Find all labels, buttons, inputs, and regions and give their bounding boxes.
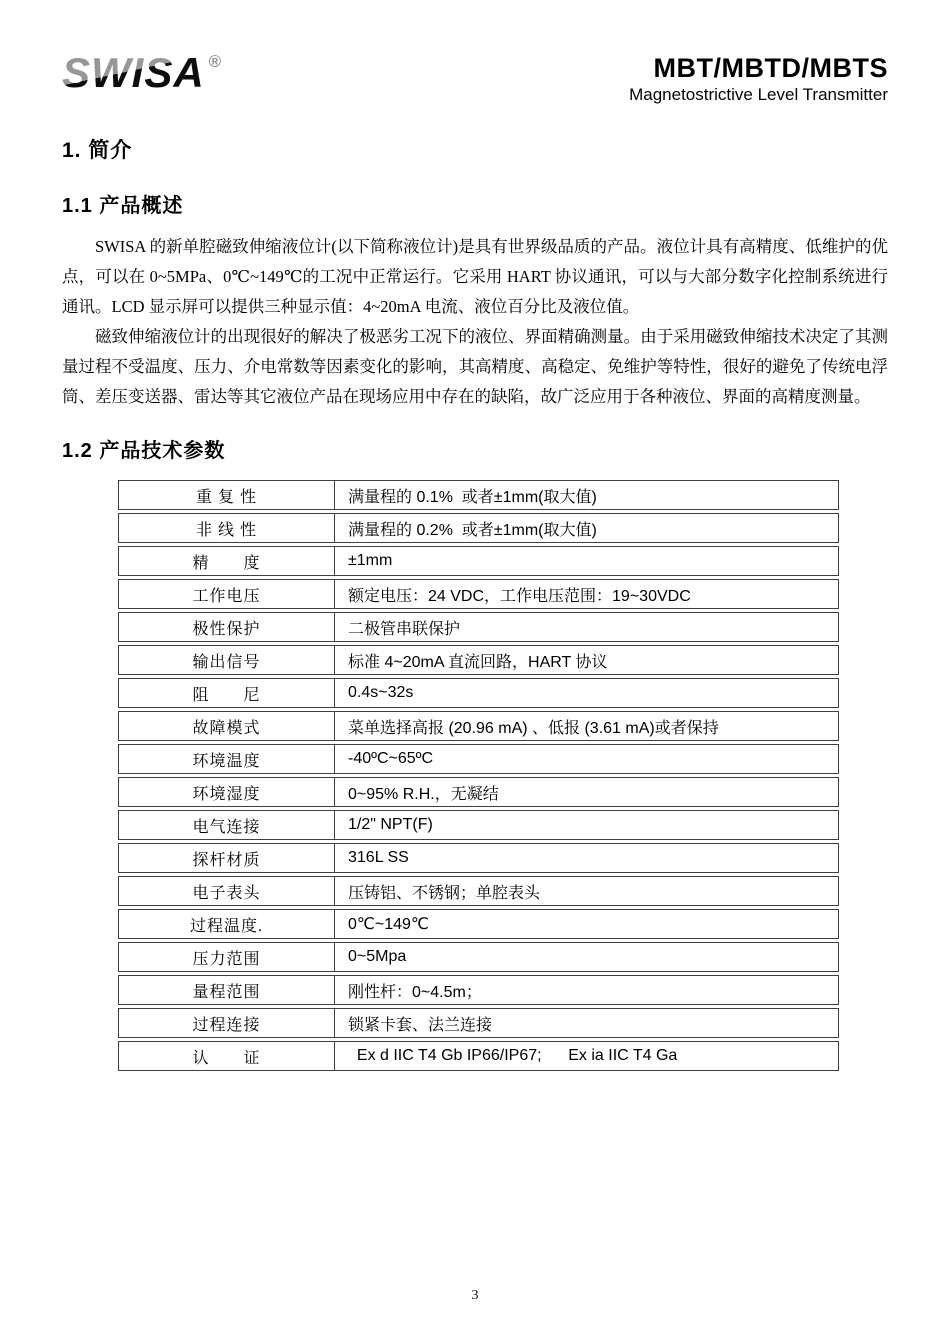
header-title-block: MBT/MBTD/MBTS Magnetostrictive Level Tra… — [629, 54, 888, 105]
table-row: 电气连接 1/2" NPT(F) — [118, 810, 839, 840]
product-models-title: MBT/MBTD/MBTS — [629, 54, 888, 84]
table-row: 阻 尼 0.4s~32s — [118, 678, 839, 708]
param-label: 工作电压 — [119, 580, 335, 608]
overview-body: SWISA 的新单腔磁致伸缩液位计(以下简称液位计)是具有世界级品质的产品。液位… — [62, 232, 888, 412]
param-label: 重 复 性 — [119, 481, 335, 509]
product-subtitle: Magnetostrictive Level Transmitter — [629, 84, 888, 105]
param-label: 阻 尼 — [119, 679, 335, 707]
param-label: 电子表头 — [119, 877, 335, 905]
table-row: 故障模式 菜单选择高报 (20.96 mA) 、低报 (3.61 mA)或者保持 — [118, 711, 839, 741]
param-value: 菜单选择高报 (20.96 mA) 、低报 (3.61 mA)或者保持 — [335, 712, 838, 740]
param-label: 认 证 — [119, 1042, 335, 1070]
param-value: 0~95% R.H.，无凝结 — [335, 778, 838, 806]
subsection-heading-parameters: 1.2 产品技术参数 — [62, 434, 888, 463]
section-heading-intro: 1. 简介 — [62, 134, 888, 164]
param-label: 环境湿度 — [119, 778, 335, 806]
parameters-table: 重 复 性 满量程的 0.1% 或者±1mm(取大值) 非 线 性 满量程的 0… — [118, 480, 839, 1071]
param-value: 1/2" NPT(F) — [335, 811, 838, 839]
swisa-logo-text: SWISA — [62, 52, 207, 94]
subsection-heading-overview: 1.1 产品概述 — [62, 189, 888, 218]
param-value: 标准 4~20mA 直流回路，HART 协议 — [335, 646, 838, 674]
param-value: 0℃~149℃ — [335, 910, 838, 938]
table-row: 重 复 性 满量程的 0.1% 或者±1mm(取大值) — [118, 480, 839, 510]
param-label: 极性保护 — [119, 613, 335, 641]
param-value: 锁紧卡套、法兰连接 — [335, 1009, 838, 1037]
param-value: 压铸铝、不锈钢；单腔表头 — [335, 877, 838, 905]
param-value: ±1mm — [335, 547, 838, 575]
param-label: 故障模式 — [119, 712, 335, 740]
table-row: 过程温度. 0℃~149℃ — [118, 909, 839, 939]
param-label: 电气连接 — [119, 811, 335, 839]
table-row: 过程连接 锁紧卡套、法兰连接 — [118, 1008, 839, 1038]
registered-trademark-icon: ® — [209, 52, 222, 72]
param-label: 精 度 — [119, 547, 335, 575]
table-row: 极性保护 二极管串联保护 — [118, 612, 839, 642]
param-value: 刚性杆：0~4.5m； — [335, 976, 838, 1004]
param-label: 输出信号 — [119, 646, 335, 674]
table-row: 探杆材质 316L SS — [118, 843, 839, 873]
table-row: 量程范围 刚性杆：0~4.5m； — [118, 975, 839, 1005]
table-row: 非 线 性 满量程的 0.2% 或者±1mm(取大值) — [118, 513, 839, 543]
param-value: Ex d IIC T4 Gb IP66/IP67; Ex ia IIC T4 G… — [335, 1042, 838, 1070]
param-value: -40ºC~65ºC — [335, 745, 838, 773]
table-row: 输出信号 标准 4~20mA 直流回路，HART 协议 — [118, 645, 839, 675]
document-page: SWISA® MBT/MBTD/MBTS Magnetostrictive Le… — [0, 0, 950, 1344]
param-value: 0.4s~32s — [335, 679, 838, 707]
param-label: 环境温度 — [119, 745, 335, 773]
swisa-logo: SWISA® — [62, 52, 221, 94]
param-value: 0~5Mpa — [335, 943, 838, 971]
page-number: 3 — [0, 1288, 950, 1304]
table-row: 电子表头 压铸铝、不锈钢；单腔表头 — [118, 876, 839, 906]
param-label: 探杆材质 — [119, 844, 335, 872]
param-value: 316L SS — [335, 844, 838, 872]
table-row: 认 证 Ex d IIC T4 Gb IP66/IP67; Ex ia IIC … — [118, 1041, 839, 1071]
table-row: 环境温度 -40ºC~65ºC — [118, 744, 839, 774]
param-value: 满量程的 0.2% 或者±1mm(取大值) — [335, 514, 838, 542]
overview-paragraph-2: 磁致伸缩液位计的出现很好的解决了极恶劣工况下的液位、界面精确测量。由于采用磁致伸… — [62, 322, 888, 412]
param-label: 过程连接 — [119, 1009, 335, 1037]
param-label: 非 线 性 — [119, 514, 335, 542]
table-row: 精 度 ±1mm — [118, 546, 839, 576]
table-row: 环境湿度 0~95% R.H.，无凝结 — [118, 777, 839, 807]
param-label: 压力范围 — [119, 943, 335, 971]
page-header: SWISA® MBT/MBTD/MBTS Magnetostrictive Le… — [62, 52, 888, 114]
table-row: 压力范围 0~5Mpa — [118, 942, 839, 972]
param-value: 二极管串联保护 — [335, 613, 838, 641]
param-value: 满量程的 0.1% 或者±1mm(取大值) — [335, 481, 838, 509]
param-label: 过程温度. — [119, 910, 335, 938]
table-row: 工作电压 额定电压：24 VDC，工作电压范围：19~30VDC — [118, 579, 839, 609]
overview-paragraph-1: SWISA 的新单腔磁致伸缩液位计(以下简称液位计)是具有世界级品质的产品。液位… — [62, 232, 888, 322]
param-value: 额定电压：24 VDC，工作电压范围：19~30VDC — [335, 580, 838, 608]
param-label: 量程范围 — [119, 976, 335, 1004]
